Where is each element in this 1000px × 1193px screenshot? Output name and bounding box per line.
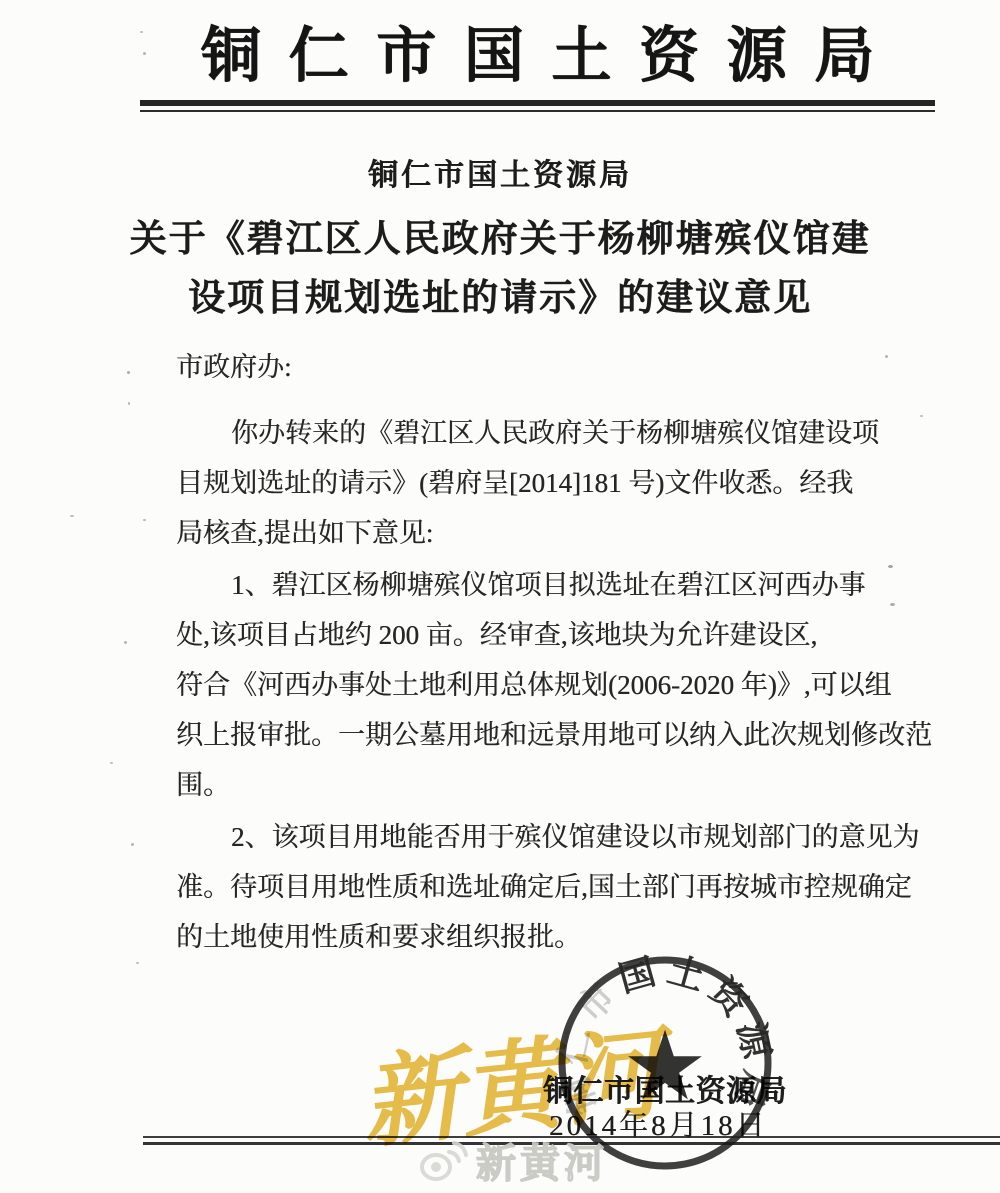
scan-speck bbox=[140, 31, 143, 33]
scan-speck bbox=[136, 962, 139, 964]
document-title-line-1: 关于《碧江区人民政府关于杨柳塘殡仪馆建 bbox=[60, 210, 940, 269]
salutation: 市政府办: bbox=[176, 342, 900, 392]
scan-speck bbox=[920, 415, 923, 417]
scan-speck bbox=[131, 843, 134, 846]
scan-speck bbox=[110, 762, 113, 764]
scan-speck bbox=[888, 565, 893, 568]
item1-line: 1、碧江区杨柳塘殡仪馆项目拟选址在碧江区河西办事 bbox=[176, 560, 900, 610]
item1-line: 符合《河西办事处土地利用总体规划(2006-2020 年)》,可以组 bbox=[176, 660, 900, 710]
scan-speck bbox=[70, 515, 74, 517]
weibo-eye-icon bbox=[416, 1138, 468, 1184]
scan-speck bbox=[128, 402, 130, 405]
scan-speck bbox=[143, 52, 146, 55]
document-body: 市政府办: 你办转来的《碧江区人民政府关于杨柳塘殡仪馆建设项 目规划选址的请示》… bbox=[176, 342, 900, 962]
item2-line: 准。待项目用地性质和选址确定后,国土部门再按城市控规确定 bbox=[176, 862, 900, 912]
scanned-document-page: 铜仁市国土资源局 铜仁市国土资源局 关于《碧江区人民政府关于杨柳塘殡仪馆建 设项… bbox=[0, 0, 1000, 1193]
document-title-block: 铜仁市国土资源局 关于《碧江区人民政府关于杨柳塘殡仪馆建 设项目规划选址的请示》… bbox=[60, 150, 940, 328]
item2-line: 的土地使用性质和要求组织报批。 bbox=[176, 912, 900, 962]
intro-line: 你办转来的《碧江区人民政府关于杨柳塘殡仪馆建设项 bbox=[176, 408, 900, 458]
scan-speck bbox=[885, 355, 888, 358]
intro-line: 目规划选址的请示》(碧府呈[2014]181 号)文件收悉。经我 bbox=[176, 458, 900, 508]
letterhead-divider-rule bbox=[140, 100, 935, 112]
xinhuanghe-media-logo: 新黄河 bbox=[416, 1132, 608, 1189]
scan-speck bbox=[890, 603, 895, 606]
item1-line: 围。 bbox=[176, 760, 900, 810]
media-logo-text: 新黄河 bbox=[476, 1132, 608, 1189]
item1-line: 织上报审批。一期公墓用地和远景用地可以纳入此次规划修改范 bbox=[176, 710, 900, 760]
scan-speck bbox=[127, 371, 130, 374]
item2-line: 2、该项目用地能否用于殡仪馆建设以市规划部门的意见为 bbox=[176, 812, 900, 862]
letterhead-agency-title: 铜仁市国土资源局 bbox=[140, 8, 935, 94]
scan-speck bbox=[143, 519, 146, 521]
item1-line: 处,该项目占地约 200 亩。经审查,该地块为允许建设区, bbox=[176, 610, 900, 660]
document-title-line-2: 设项目规划选址的请示》的建议意见 bbox=[60, 269, 940, 328]
scan-speck bbox=[124, 641, 127, 644]
document-issuer-line: 铜仁市国土资源局 bbox=[60, 150, 940, 194]
intro-line: 局核查,提出如下意见: bbox=[176, 508, 900, 558]
